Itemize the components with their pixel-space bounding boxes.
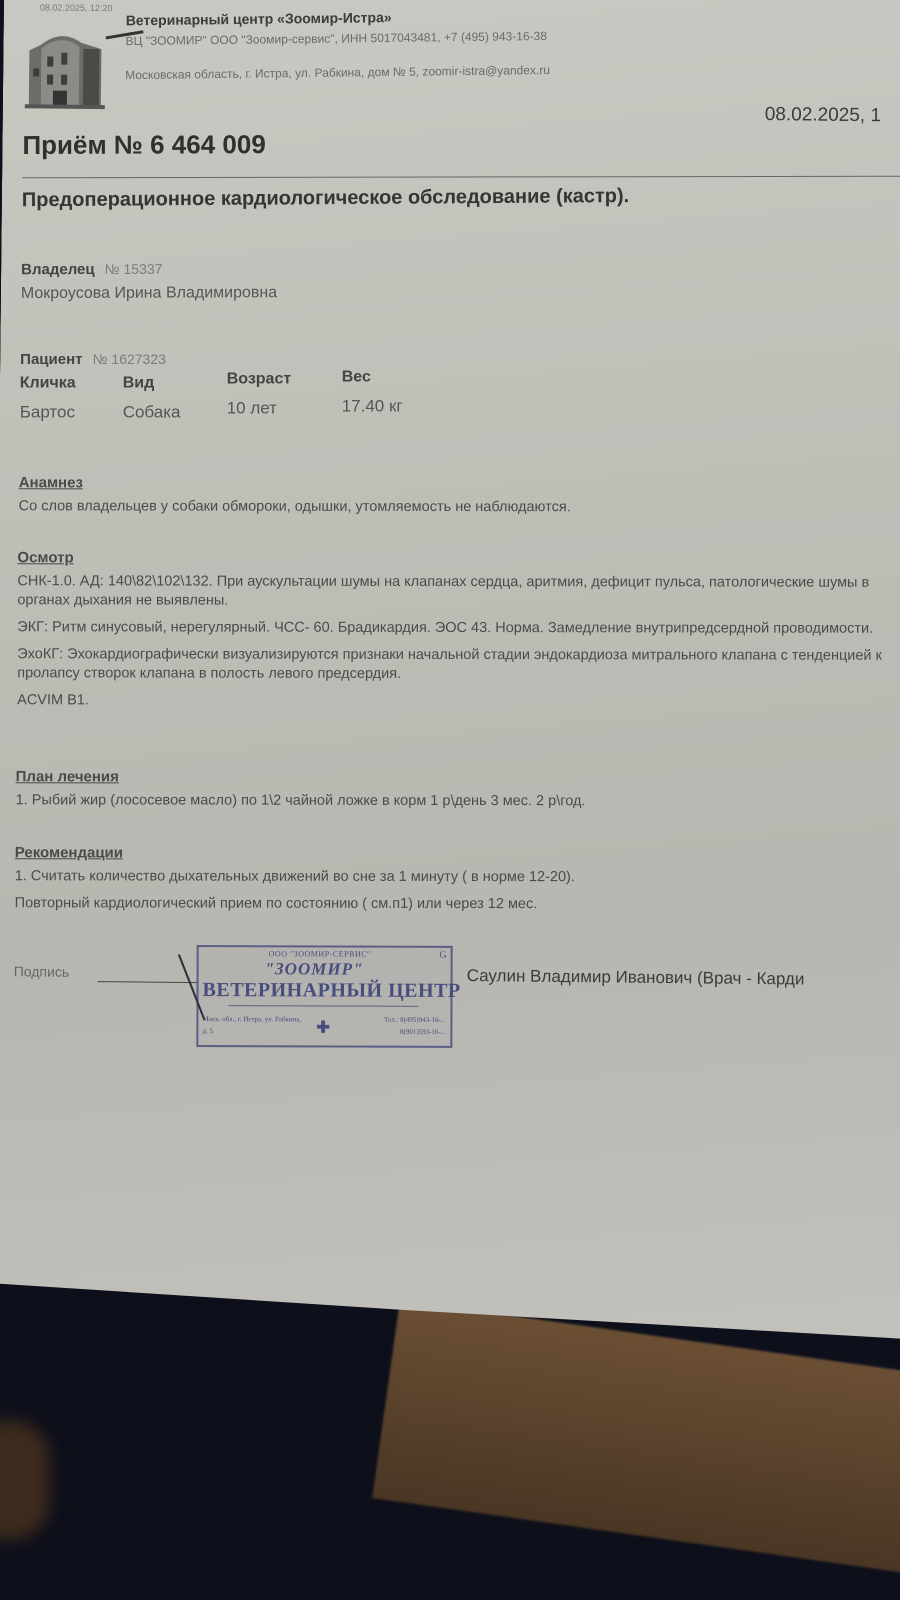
visit-datetime: 08.02.2025, 1 bbox=[765, 104, 881, 127]
owner-label-row: Владелец№ 15337 bbox=[21, 261, 162, 278]
section-exam: Осмотр СНК-1.0. АД: 140\82\102\132. При … bbox=[17, 549, 900, 720]
clinic-legal-info: ВЦ "ЗООМИР" ООО "Зоомир-сервис", ИНН 501… bbox=[125, 29, 547, 48]
exam-ecg: ЭКГ: Ритм синусовый, нерегулярный. ЧСС- … bbox=[17, 618, 900, 639]
clinic-stamp: ООО "ЗООМИР-СЕРВИС" G "ЗООМИР" ВЕТЕРИНАР… bbox=[196, 945, 452, 1048]
field-value: Собака bbox=[123, 402, 181, 422]
visit-title: Приём № 6 464 009 bbox=[22, 129, 265, 161]
vet-cross-icon: ✚ bbox=[316, 1017, 329, 1037]
signature-label: Подпись bbox=[14, 963, 70, 980]
section-text: Со слов владельцев у собаки обмороки, од… bbox=[19, 497, 900, 518]
clinic-address: Московская область, г. Истра, ул. Рабкин… bbox=[125, 63, 550, 82]
patient-field-age: Возраст 10 лет bbox=[227, 370, 291, 418]
stamp-address: Моск. обл., г. Истра, ул. Рабкина, д. 5 bbox=[202, 1013, 302, 1037]
stamp-brand: "ЗООМИР" bbox=[265, 959, 364, 979]
exam-general: СНК-1.0. АД: 140\82\102\132. При аускуль… bbox=[17, 572, 900, 612]
patient-label: Пациент bbox=[20, 351, 82, 368]
exam-acvim: ACVIM B1. bbox=[17, 691, 900, 712]
patient-field-weight: Вес 17.40 кг bbox=[342, 368, 403, 416]
section-text: 1. Рыбий жир (лососевое масло) по 1\2 ча… bbox=[16, 791, 900, 812]
document-paper: 08.02.2025, 12:20 Ветеринарный центр «Зо… bbox=[0, 0, 900, 1340]
stamp-letter: G bbox=[439, 950, 446, 961]
owner-name: Мокроусова Ирина Владимировна bbox=[21, 284, 277, 303]
recommendation-item: 1. Считать количество дыхательных движен… bbox=[15, 867, 900, 888]
stamp-phone: Тел.: 8(495)943-16-.. 8(901)593-16-.. bbox=[364, 1014, 444, 1038]
footer-url: https://vetmanager.ru/... bbox=[30, 1292, 125, 1303]
clinic-building-icon bbox=[21, 18, 110, 111]
section-treatment: План лечения 1. Рыбий жир (лососевое мас… bbox=[16, 768, 900, 820]
patient-field-species: Вид Собака bbox=[123, 374, 181, 422]
patient-details: Кличка Бартос Вид Собака Возраст 10 лет … bbox=[20, 374, 440, 434]
field-header: Возраст bbox=[227, 370, 291, 398]
section-title: Рекомендации bbox=[15, 844, 900, 863]
section-title: Анамнез bbox=[19, 474, 900, 493]
section-anamnesis: Анамнез Со слов владельцев у собаки обмо… bbox=[19, 474, 900, 526]
header-divider bbox=[22, 176, 900, 179]
patient-number: № 1627323 bbox=[92, 351, 165, 367]
stamp-rule bbox=[228, 1005, 418, 1007]
section-recommendations: Рекомендации 1. Считать количество дыхат… bbox=[15, 844, 900, 923]
wooden-object bbox=[0, 1420, 50, 1540]
patient-label-row: Пациент№ 1627323 bbox=[20, 351, 166, 368]
field-header: Кличка bbox=[20, 374, 76, 402]
stamp-company: ООО "ЗООМИР-СЕРВИС" bbox=[269, 949, 371, 958]
recommendation-item: Повторный кардиологический прием по сост… bbox=[15, 894, 900, 915]
field-value: 17.40 кг bbox=[342, 396, 403, 416]
field-value: Бартос bbox=[20, 402, 76, 422]
clinic-name: Ветеринарный центр «Зоомир-Истра» bbox=[126, 9, 392, 28]
print-datetime: 08.02.2025, 12:20 bbox=[40, 2, 113, 13]
wooden-table-edge bbox=[372, 1300, 900, 1576]
visit-type: Предоперационное кардиологическое обслед… bbox=[22, 185, 630, 212]
field-header: Вес bbox=[342, 368, 403, 396]
signature-line bbox=[98, 981, 198, 983]
field-header: Вид bbox=[123, 374, 181, 402]
owner-label: Владелец bbox=[21, 261, 95, 278]
section-title: План лечения bbox=[16, 768, 900, 787]
owner-number: № 15337 bbox=[105, 261, 163, 277]
exam-echo: ЭхоКГ: Эхокардиографически визуализируют… bbox=[17, 645, 900, 685]
field-value: 10 лет bbox=[227, 398, 291, 418]
section-title: Осмотр bbox=[17, 549, 900, 568]
stamp-title: ВЕТЕРИНАРНЫЙ ЦЕНТР bbox=[202, 979, 460, 1003]
patient-field-name: Кличка Бартос bbox=[20, 374, 76, 422]
doctor-name: Саулин Владимир Иванович (Врач - Карди bbox=[467, 966, 805, 990]
